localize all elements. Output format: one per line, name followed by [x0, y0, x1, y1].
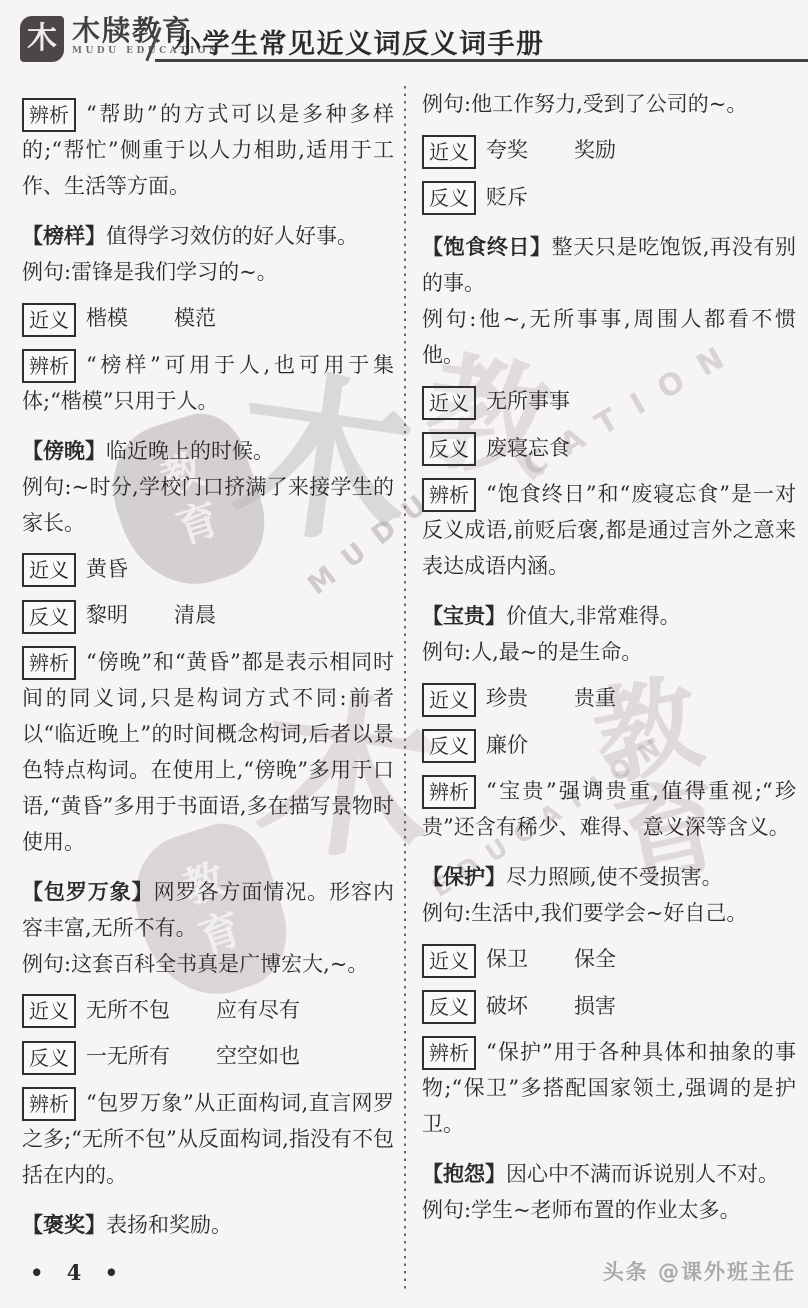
word-item: 损害 [574, 988, 616, 1024]
analysis-label-box: 辨析 [22, 646, 76, 680]
synonym-label-box: 近义 [22, 303, 76, 337]
analysis-text: “傍晚”和“黄昏”都是表示相同时间的同义词,只是构词方式不同:前者以“临近晚上”… [22, 650, 394, 854]
word-item: 一无所有 [86, 1038, 170, 1074]
definition-entry: 【饱食终日】整天只是吃饱饭,再没有别的事。 [422, 229, 796, 301]
content-columns: 辨析“帮助”的方式可以是多种多样的;“帮忙”侧重于以人力相助,适用于工作、生活等… [0, 78, 808, 1291]
word-item: 模范 [174, 300, 216, 336]
analysis-label-box: 辨析 [422, 775, 476, 809]
antonym-row: 反义破坏损害 [422, 988, 796, 1025]
term-text: 【保护】 [422, 864, 506, 889]
page-header: 木 木牍教育 MUDU EDUCATION 小学生常见近义词反义词手册 [0, 0, 808, 78]
analysis-block: 辨析“包罗万象”从正面构词,直言网罗之多;“无所不包”从反面构词,指没有不包括在… [22, 1085, 394, 1193]
antonym-label-box: 反义 [422, 181, 476, 215]
synonym-row: 近义珍贵贵重 [422, 680, 796, 717]
analysis-label-box: 辨析 [422, 478, 476, 512]
antonym-row: 反义一无所有空空如也 [22, 1038, 394, 1075]
example-sentence: 例句:这套百科全书真是广博宏大,~。 [22, 946, 394, 982]
word-item: 黄昏 [86, 551, 128, 587]
synonym-label-box: 近义 [422, 944, 476, 978]
term-text: 【傍晚】 [22, 438, 106, 463]
synonym-label-box: 近义 [422, 135, 476, 169]
antonym-row: 反义黎明清晨 [22, 597, 394, 634]
word-item: 黎明 [86, 597, 128, 633]
synonym-label-box: 近义 [422, 386, 476, 420]
word-item: 贵重 [574, 680, 616, 716]
word-item: 应有尽有 [216, 992, 300, 1028]
term-text: 【包罗万象】 [22, 879, 154, 904]
antonym-label-box: 反义 [22, 1041, 76, 1075]
word-item: 清晨 [174, 597, 216, 633]
synonym-row: 近义夸奖奖励 [422, 132, 796, 169]
synonym-row: 近义楷模模范 [22, 300, 394, 337]
analysis-label-box: 辨析 [22, 1087, 76, 1121]
synonym-label-box: 近义 [22, 553, 76, 587]
antonym-label-box: 反义 [22, 600, 76, 634]
antonym-row: 反义廉价 [422, 727, 796, 764]
analysis-label-box: 辨析 [22, 98, 76, 132]
term-text: 【抱怨】 [422, 1161, 506, 1186]
definition-entry: 【抱怨】因心中不满而诉说别人不对。 [422, 1156, 796, 1192]
example-sentence: 例句:他~,无所事事,周围人都看不惯他。 [422, 301, 796, 373]
brand-logo-icon: 木 [20, 16, 64, 62]
word-item: 破坏 [486, 988, 528, 1024]
watermark-credit: 头条 @课外班主任 [422, 1254, 796, 1290]
antonym-label-box: 反义 [422, 990, 476, 1024]
page-title: 小学生常见近义词反义词手册 [174, 22, 545, 61]
word-item: 无所不包 [86, 992, 170, 1028]
word-item: 廉价 [486, 727, 528, 763]
definition-entry: 【保护】尽力照顾,使不受损害。 [422, 859, 796, 895]
antonym-row: 反义贬斥 [422, 179, 796, 216]
word-item: 奖励 [574, 132, 616, 168]
term-text: 【宝贵】 [422, 603, 506, 628]
analysis-block: 辨析“傍晚”和“黄昏”都是表示相同时间的同义词,只是构词方式不同:前者以“临近晚… [22, 644, 394, 860]
example-sentence: 例句:学生~老师布置的作业太多。 [422, 1192, 796, 1228]
analysis-block: 辨析“保护”用于各种具体和抽象的事物;“保卫”多搭配国家领土,强调的是护卫。 [422, 1034, 796, 1142]
antonym-label-box: 反义 [422, 432, 476, 466]
example-sentence: 例句:~时分,学校门口挤满了来接学生的家长。 [22, 469, 394, 541]
term-text: 【榜样】 [22, 223, 106, 248]
antonym-row: 反义废寝忘食 [422, 430, 796, 467]
word-item: 保全 [574, 941, 616, 977]
analysis-text: “宝贵”强调贵重,值得重视;“珍贵”还含有稀少、难得、意义深等含义。 [422, 779, 796, 839]
example-sentence: 例句:人,最~的是生命。 [422, 634, 796, 670]
analysis-text: “榜样”可用于人,也可用于集体;“楷模”只用于人。 [22, 353, 394, 413]
analysis-text: “帮助”的方式可以是多种多样的;“帮忙”侧重于以人力相助,适用于工作、生活等方面… [22, 102, 394, 198]
synonym-row: 近义无所事事 [422, 383, 796, 420]
word-item: 无所事事 [486, 383, 570, 419]
definition-entry: 【包罗万象】网罗各方面情况。形容内容丰富,无所不有。 [22, 874, 394, 946]
synonym-row: 近义无所不包应有尽有 [22, 992, 394, 1029]
analysis-block: 辨析“饱食终日”和“废寝忘食”是一对反义成语,前贬后褒,都是通过言外之意来表达成… [422, 476, 796, 584]
example-sentence: 例句:他工作努力,受到了公司的~。 [422, 86, 796, 122]
antonym-label-box: 反义 [422, 729, 476, 763]
word-item: 贬斥 [486, 179, 528, 215]
definition-entry: 【褒奖】表扬和奖励。 [22, 1207, 394, 1243]
page-number: • 4 • [30, 1255, 394, 1291]
synonym-label-box: 近义 [422, 683, 476, 717]
example-sentence: 例句:雷锋是我们学习的~。 [22, 254, 394, 290]
analysis-label-box: 辨析 [422, 1036, 476, 1070]
term-text: 【饱食终日】 [422, 234, 552, 259]
word-item: 夸奖 [486, 132, 528, 168]
word-item: 楷模 [86, 300, 128, 336]
left-column: 辨析“帮助”的方式可以是多种多样的;“帮忙”侧重于以人力相助,适用于工作、生活等… [22, 86, 394, 1291]
header-rule [155, 59, 808, 62]
word-item: 保卫 [486, 941, 528, 977]
word-item: 珍贵 [486, 680, 528, 716]
definition-entry: 【宝贵】价值大,非常难得。 [422, 598, 796, 634]
word-item: 废寝忘食 [486, 430, 570, 466]
analysis-block: 辨析“帮助”的方式可以是多种多样的;“帮忙”侧重于以人力相助,适用于工作、生活等… [22, 96, 394, 204]
example-sentence: 例句:生活中,我们要学会~好自己。 [422, 895, 796, 931]
synonym-row: 近义黄昏 [22, 551, 394, 588]
analysis-block: 辨析“榜样”可用于人,也可用于集体;“楷模”只用于人。 [22, 347, 394, 419]
analysis-text: “饱食终日”和“废寝忘食”是一对反义成语,前贬后褒,都是通过言外之意来表达成语内… [422, 482, 796, 578]
definition-entry: 【傍晚】临近晚上的时候。 [22, 433, 394, 469]
word-item: 空空如也 [216, 1038, 300, 1074]
analysis-text: “保护”用于各种具体和抽象的事物;“保卫”多搭配国家领土,强调的是护卫。 [422, 1040, 796, 1136]
synonym-row: 近义保卫保全 [422, 941, 796, 978]
right-column: 例句:他工作努力,受到了公司的~。近义夸奖奖励反义贬斥【饱食终日】整天只是吃饱饭… [406, 86, 796, 1291]
analysis-block: 辨析“宝贵”强调贵重,值得重视;“珍贵”还含有稀少、难得、意义深等含义。 [422, 773, 796, 845]
analysis-text: “包罗万象”从正面构词,直言网罗之多;“无所不包”从反面构词,指没有不包括在内的… [22, 1091, 394, 1187]
analysis-label-box: 辨析 [22, 349, 76, 383]
synonym-label-box: 近义 [22, 994, 76, 1028]
term-text: 【褒奖】 [22, 1212, 106, 1237]
definition-entry: 【榜样】值得学习效仿的好人好事。 [22, 218, 394, 254]
